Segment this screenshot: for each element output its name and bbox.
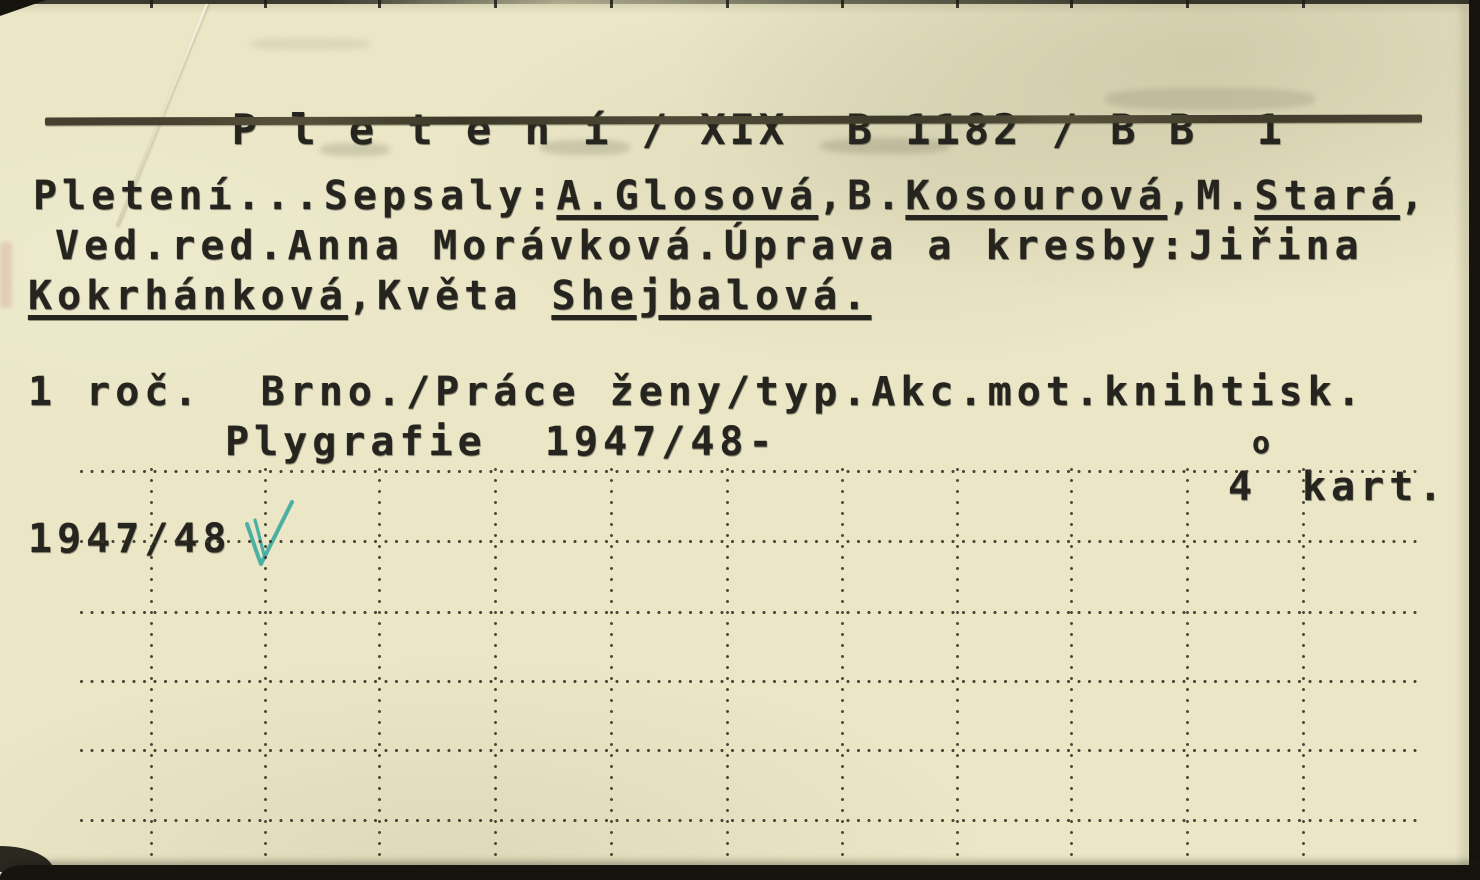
imprint-text: 1 roč. Brno./Práce ženy/typ.Akc.mot.knih…	[28, 369, 1366, 415]
edge-tick	[610, 0, 613, 8]
holdings-year: 1947/48	[28, 519, 232, 559]
holdings-year-text: 1947/48	[28, 516, 232, 562]
heading-line: P l e t e n í / XIX B 1182 / B B 1	[56, 70, 1286, 190]
dotted-rule-vertical	[726, 468, 729, 862]
statement-text: ,M.	[1167, 173, 1254, 219]
scan-corner-top-left	[0, 0, 46, 16]
dotted-rule-vertical	[494, 468, 497, 862]
extent-count: 4	[1228, 467, 1257, 507]
dotted-rule-horizontal	[80, 470, 1420, 473]
edge-tick	[378, 0, 381, 8]
edge-tick	[1070, 0, 1073, 8]
scan-corner-bottom-left	[0, 846, 54, 872]
scanned-catalog-card: P l e t e n í / XIX B 1182 / B B 1 Plete…	[0, 0, 1480, 880]
dotted-rule-vertical	[378, 468, 381, 862]
statement-text: Pletení...Sepsaly:	[33, 173, 556, 219]
dotted-rule-horizontal	[80, 819, 1420, 822]
dotted-rule-vertical	[610, 468, 613, 862]
extent-unit: kart.	[1302, 467, 1447, 507]
dotted-rule-horizontal	[80, 611, 1420, 614]
edge-tick	[726, 0, 729, 8]
statement-text: ,Květa	[348, 273, 552, 319]
imprint-line-2: Plygrafie 1947/48-	[225, 422, 778, 462]
edge-tick	[150, 0, 153, 8]
edge-tick	[1186, 0, 1189, 8]
edge-tick	[841, 0, 844, 8]
author-glosova: A.Glosová	[556, 173, 818, 219]
author-kosourova: Kosourová	[905, 173, 1167, 219]
statement-line-1: Pletení...Sepsaly:A.Glosová,B.Kosourová,…	[33, 176, 1429, 216]
card-background: P l e t e n í / XIX B 1182 / B B 1 Plete…	[0, 0, 1480, 880]
heading-text: P l e t e n í / XIX B 1182 / B B 1	[232, 105, 1286, 154]
format-mark-text: o	[1252, 426, 1270, 461]
edge-tick	[1302, 0, 1305, 8]
dotted-rule-vertical	[1070, 468, 1073, 862]
dotted-rule-horizontal	[80, 540, 1420, 543]
dotted-rule-horizontal	[80, 680, 1420, 683]
ink-smudge	[250, 38, 370, 50]
dotted-rule-vertical	[1186, 468, 1189, 862]
scan-edge-right	[1469, 0, 1480, 880]
edge-tick	[264, 0, 267, 8]
pink-mark	[0, 242, 12, 308]
author-shejbalova: Shejbalová.	[551, 273, 871, 319]
edge-tick	[494, 0, 497, 8]
dotted-rule-horizontal	[80, 749, 1420, 752]
scan-edge-bottom	[0, 865, 1480, 880]
dotted-rule-vertical	[956, 468, 959, 862]
dotted-rule-vertical	[150, 468, 153, 862]
dotted-rule-vertical	[841, 468, 844, 862]
scan-edge-top	[0, 0, 1480, 4]
statement-text: ,B.	[818, 173, 905, 219]
imprint-line-1: 1 roč. Brno./Práce ženy/typ.Akc.mot.knih…	[28, 372, 1366, 412]
statement-text: Ved.red.Anna Morávková.Úprava a kresby:J…	[55, 223, 1364, 269]
author-stara: Stará	[1254, 173, 1399, 219]
format-superscript: o	[1252, 424, 1270, 464]
publisher-years-text: Plygrafie 1947/48-	[225, 419, 778, 465]
statement-line-2: Ved.red.Anna Morávková.Úprava a kresby:J…	[55, 226, 1364, 266]
dotted-rule-vertical	[1302, 468, 1305, 862]
statement-text: ,	[1400, 173, 1429, 219]
edge-tick	[956, 0, 959, 8]
statement-line-3: Kokrhánková,Květa Shejbalová.	[28, 276, 871, 316]
dotted-rule-vertical	[264, 468, 267, 862]
author-kokrhankova: Kokrhánková	[28, 273, 348, 319]
checkmark-icon	[240, 496, 304, 574]
